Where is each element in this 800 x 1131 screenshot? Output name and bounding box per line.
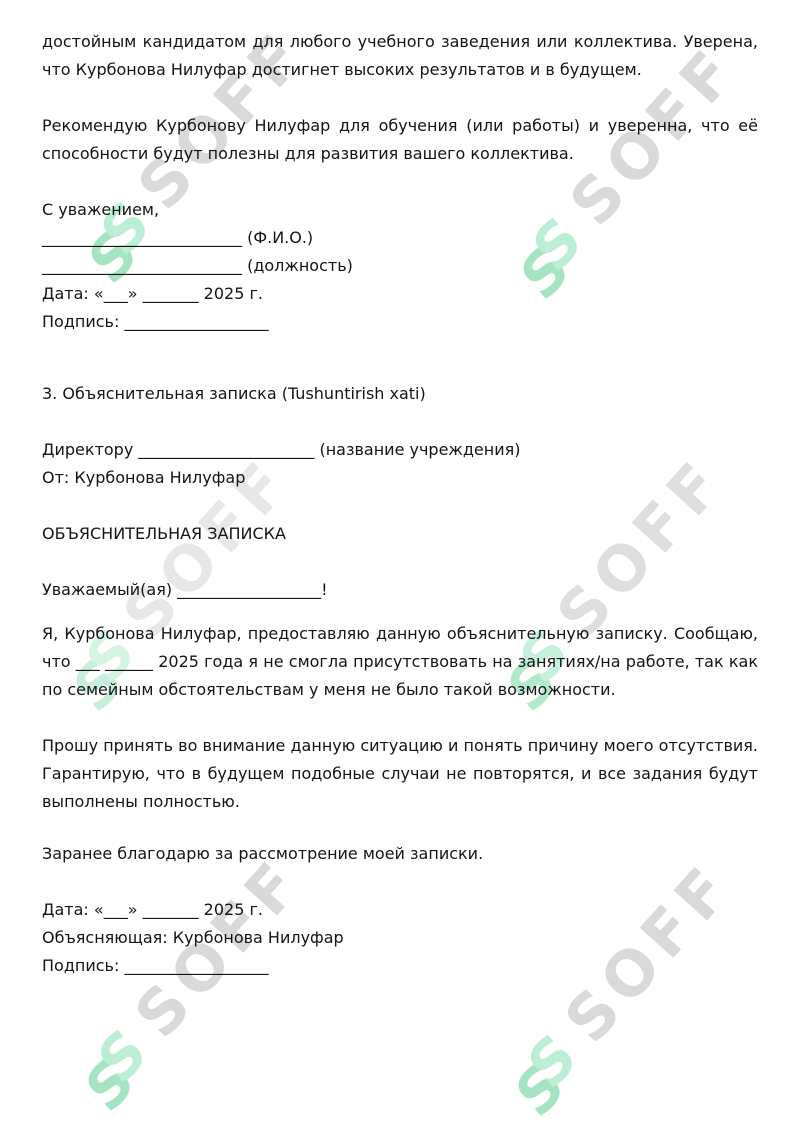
salutation-line: Уважаемый(ая) __________________! [42, 576, 758, 604]
recommendation-signature-block: С уважением, _________________________ (… [42, 196, 758, 336]
explanatory-paragraph-2: Прошу принять во внимание данную ситуаци… [42, 732, 758, 816]
explanatory-signature-block: Дата: «___» _______ 2025 г. Объясняющая:… [42, 896, 758, 980]
recommendation-paragraph-2: Рекомендую Курбонову Нилуфар для обучени… [42, 112, 758, 168]
explanatory-heading: ОБЪЯСНИТЕЛЬНАЯ ЗАПИСКА [42, 520, 758, 548]
to-line: Директору ______________________ (назван… [42, 436, 758, 464]
section-title: 3. Объяснительная записка (Tushuntirish … [42, 380, 758, 408]
explainer-line: Объясняющая: Курбонова Нилуфар [42, 924, 758, 952]
soff-logo-icon: SS [498, 1026, 588, 1117]
fio-blank-line: _________________________ (Ф.И.О.) [42, 224, 758, 252]
explanatory-address-block: Директору ______________________ (назван… [42, 436, 758, 492]
from-line: От: Курбонова Нилуфар [42, 464, 758, 492]
signature-line: Подпись: __________________ [42, 952, 758, 980]
signature-line: Подпись: __________________ [42, 308, 758, 336]
soff-logo-letter: S [507, 1051, 573, 1127]
soff-logo-icon: SS [68, 1021, 158, 1112]
thanks-line: Заранее благодарю за рассмотрение моей з… [42, 840, 758, 868]
recommendation-paragraph-1: достойным кандидатом для любого учебного… [42, 28, 758, 84]
date-line: Дата: «___» _______ 2025 г. [42, 280, 758, 308]
explanatory-paragraph-1: Я, Курбонова Нилуфар, предоставляю данну… [42, 620, 758, 704]
closing-line: С уважением, [42, 196, 758, 224]
soff-logo-letter: S [89, 1018, 155, 1094]
document-content: достойным кандидатом для любого учебного… [0, 0, 800, 980]
soff-logo-letter: S [519, 1023, 585, 1099]
date-line: Дата: «___» _______ 2025 г. [42, 896, 758, 924]
position-blank-line: _________________________ (должность) [42, 252, 758, 280]
soff-logo-letter: S [77, 1046, 143, 1122]
